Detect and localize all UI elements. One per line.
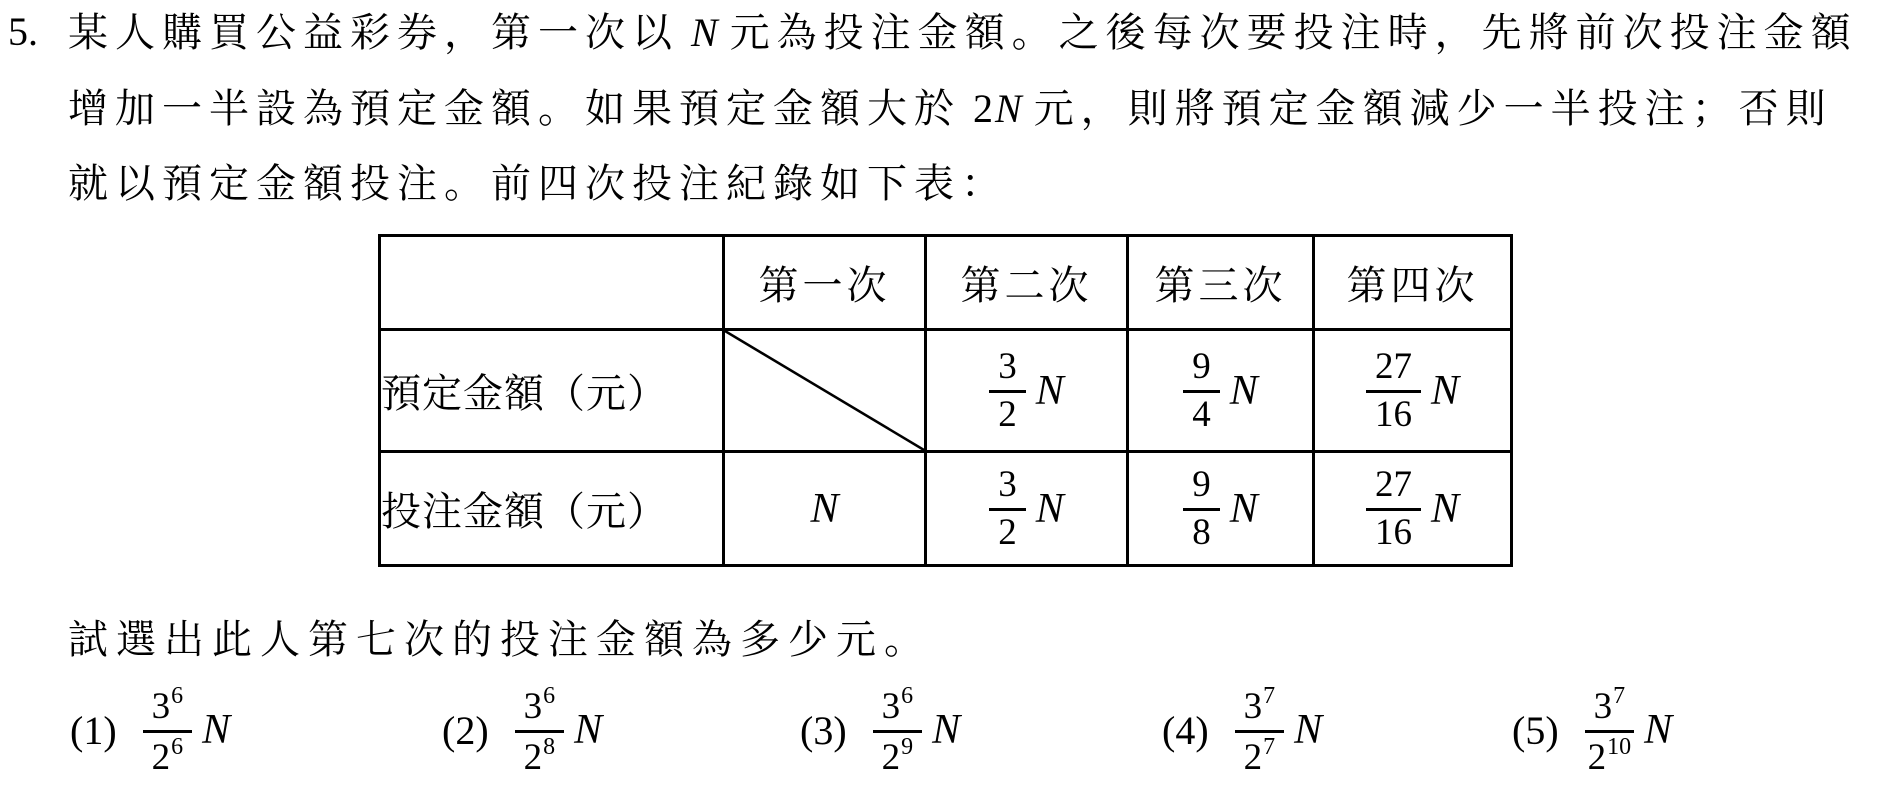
numerator-base: 3 <box>1244 686 1263 727</box>
denominator-base: 2 <box>882 737 901 778</box>
question-text: 試選出此人第七次的投注金額為多少元。 <box>68 608 932 665</box>
fraction: 2716 <box>1366 464 1421 553</box>
numerator-exponent: 7 <box>1263 683 1275 709</box>
fraction-denominator: 4 <box>1192 393 1211 435</box>
variable-n: N <box>1644 706 1672 754</box>
cell-bet-3: 98N <box>1128 452 1314 566</box>
table-header-row: 第一次 第二次 第三次 第四次 <box>380 236 1512 330</box>
denominator-exponent: 10 <box>1607 734 1631 760</box>
fraction-numerator: 3 <box>989 464 1026 511</box>
problem-text-line-2: 增加一半設為預定金額。如果預定金額大於2N元，則將預定金額減少一半投注；否則 <box>68 84 1833 134</box>
denominator-exponent: 7 <box>1263 734 1275 760</box>
numerator-exponent: 6 <box>901 683 913 709</box>
option-label: (4) <box>1162 707 1209 754</box>
option-fraction: 37 27 <box>1235 683 1285 778</box>
fraction: 98 <box>1183 464 1220 553</box>
denominator-exponent: 8 <box>543 734 555 760</box>
option-5: (5) 37 210 N <box>1512 664 1672 794</box>
row-bet-amount: 投注金額（元） N 32N 98N 2716N <box>380 452 1512 566</box>
fraction-denominator: 8 <box>1192 511 1211 553</box>
problem-number: 5. <box>8 8 38 55</box>
variable-n: N <box>932 706 960 754</box>
numerator-base: 3 <box>1594 686 1613 727</box>
denominator-exponent: 9 <box>901 734 913 760</box>
row-planned-amount: 預定金額（元） 32N 94N 2716N <box>380 330 1512 452</box>
option-1: (1) 36 26 N <box>70 664 230 794</box>
cell-bet-2: 32N <box>926 452 1128 566</box>
fraction: 94 <box>1183 346 1220 435</box>
fraction: 2716 <box>1366 346 1421 435</box>
math-var-n: N <box>691 10 718 55</box>
option-fraction: 36 29 <box>873 683 923 778</box>
denominator-exponent: 6 <box>171 734 183 760</box>
diagonal-slash <box>725 331 924 450</box>
line2-text-pre: 增加一半設為預定金額。如果預定金額大於 <box>68 86 961 131</box>
header-cell-attempt-2: 第二次 <box>926 236 1128 330</box>
option-2: (2) 36 28 N <box>442 664 602 794</box>
variable-n: N <box>1294 706 1322 754</box>
fraction-denominator: 2 <box>998 393 1017 435</box>
betting-record-table: 第一次 第二次 第三次 第四次 預定金額（元） 32N 94N <box>378 234 1513 567</box>
numerator-base: 3 <box>524 686 543 727</box>
line2-text-post: 元，則將預定金額減少一半投注；否則 <box>1034 86 1833 131</box>
option-label: (3) <box>800 707 847 754</box>
option-label: (2) <box>442 707 489 754</box>
fraction-denominator: 29 <box>882 733 914 778</box>
math-coefficient-2: 2 <box>973 86 993 131</box>
option-fraction: 36 28 <box>515 683 565 778</box>
exam-page: 5. 某人購買公益彩券，第一次以N元為投注金額。之後每次要投注時，先將前次投注金… <box>0 0 1886 794</box>
fraction-denominator: 16 <box>1375 393 1412 435</box>
option-4: (4) 37 27 N <box>1162 664 1322 794</box>
option-label: (1) <box>70 707 117 754</box>
fraction-numerator: 27 <box>1366 464 1421 511</box>
option-label: (5) <box>1512 707 1559 754</box>
fraction-numerator: 9 <box>1183 346 1220 393</box>
variable-n: N <box>202 706 230 754</box>
fraction-numerator: 36 <box>143 683 193 733</box>
header-cell-attempt-1: 第一次 <box>724 236 926 330</box>
option-fraction: 37 210 <box>1585 683 1635 778</box>
fraction-denominator: 27 <box>1244 733 1276 778</box>
variable-n: N <box>574 706 602 754</box>
fraction-denominator: 16 <box>1375 511 1412 553</box>
numerator-exponent: 6 <box>543 683 555 709</box>
problem-text-line-3: 就以預定金額投注。前四次投注紀錄如下表： <box>68 159 1008 209</box>
line1-text-post: 元為投注金額。之後每次要投注時，先將前次投注金額 <box>730 10 1858 55</box>
row-label-planned: 預定金額（元） <box>380 330 724 452</box>
denominator-base: 2 <box>1588 737 1607 778</box>
fraction: 32 <box>989 464 1026 553</box>
header-cell-attempt-4: 第四次 <box>1314 236 1512 330</box>
variable-n: N <box>1036 367 1064 415</box>
numerator-exponent: 7 <box>1613 683 1625 709</box>
option-3: (3) 36 29 N <box>800 664 960 794</box>
fraction-denominator: 26 <box>152 733 184 778</box>
option-fraction: 36 26 <box>143 683 193 778</box>
denominator-base: 2 <box>152 737 171 778</box>
row-label-bet: 投注金額（元） <box>380 452 724 566</box>
problem-text-line-1: 某人購買公益彩券，第一次以N元為投注金額。之後每次要投注時，先將前次投注金額 <box>68 8 1858 58</box>
numerator-exponent: 6 <box>171 683 183 709</box>
cell-bet-4: 2716N <box>1314 452 1512 566</box>
cell-planned-4: 2716N <box>1314 330 1512 452</box>
variable-n: N <box>1230 485 1258 533</box>
denominator-base: 2 <box>1244 737 1263 778</box>
fraction-numerator: 37 <box>1235 683 1285 733</box>
numerator-base: 3 <box>882 686 901 727</box>
math-var-n: N <box>995 86 1022 131</box>
variable-n: N <box>1230 367 1258 415</box>
fraction-denominator: 210 <box>1588 733 1632 778</box>
cell-bet-1: N <box>724 452 926 566</box>
cell-planned-2: 32N <box>926 330 1128 452</box>
cell-planned-3: 94N <box>1128 330 1314 452</box>
fraction-numerator: 3 <box>989 346 1026 393</box>
fraction-numerator: 36 <box>515 683 565 733</box>
fraction-numerator: 27 <box>1366 346 1421 393</box>
numerator-base: 3 <box>152 686 171 727</box>
diagonal-cell <box>724 330 926 452</box>
variable-n: N <box>1431 367 1459 415</box>
fraction-denominator: 2 <box>998 511 1017 553</box>
fraction-numerator: 37 <box>1585 683 1635 733</box>
variable-n: N <box>1431 485 1459 533</box>
denominator-base: 2 <box>524 737 543 778</box>
header-cell-attempt-3: 第三次 <box>1128 236 1314 330</box>
header-cell-empty <box>380 236 724 330</box>
fraction-numerator: 36 <box>873 683 923 733</box>
variable-n: N <box>810 485 838 533</box>
variable-n: N <box>1036 485 1064 533</box>
fraction-denominator: 28 <box>524 733 556 778</box>
line3-text: 就以預定金額投注。前四次投注紀錄如下表： <box>68 161 1008 206</box>
fraction-numerator: 9 <box>1183 464 1220 511</box>
line1-text-pre: 某人購買公益彩券，第一次以 <box>68 10 679 55</box>
fraction: 32 <box>989 346 1026 435</box>
